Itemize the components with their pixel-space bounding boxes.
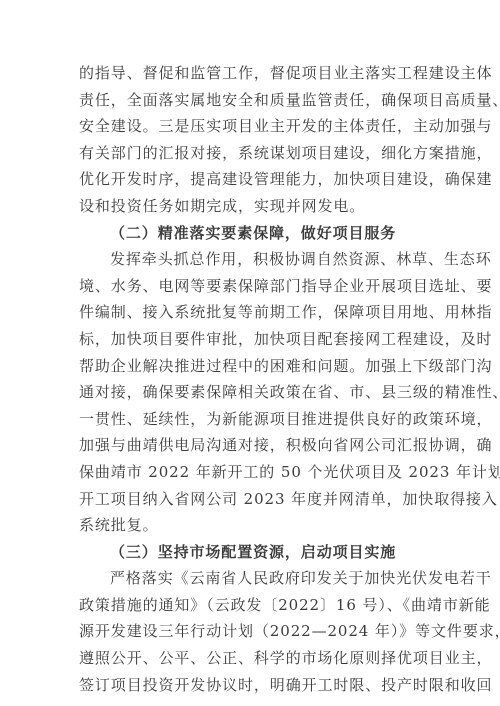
text-line: 优化开发时序，提高建设管理能力，加快项目建设，确保建 <box>79 166 424 193</box>
paragraph-market-allocation: 严格落实《云南省人民政府印发关于加快光伏发电若干 政策措施的通知》（云政发〔20… <box>79 565 424 698</box>
text-line: 安全建设。三是压实项目业主开发的主体责任，主动加强与 <box>79 113 424 140</box>
text-line: 严格落实《云南省人民政府印发关于加快光伏发电若干 <box>79 565 424 592</box>
section-heading-2: （二）精准落实要素保障，做好项目服务 <box>79 220 424 247</box>
text-line: 遵照公开、公平、公正、科学的市场化原则择优项目业主， <box>79 645 424 672</box>
text-line: 签订项目投资开发协议时，明确开工时限、投产时限和收回 <box>79 672 424 699</box>
document-page: 的指导、督促和监管工作，督促项目业主落实工程建设主体 责任，全面落实属地安全和质… <box>79 60 424 698</box>
text-line: 境、水务、电网等要素保障部门指导企业开展项目选址、要 <box>79 273 424 300</box>
text-line: 加强与曲靖供电局沟通对接，积极向省网公司汇报协调，确 <box>79 432 424 459</box>
text-line: 政策措施的通知》（云政发〔2022〕16 号）、《曲靖市新能 <box>79 592 424 619</box>
text-line: 件编制、接入系统批复等前期工作，保障项目用地、用林指 <box>79 299 424 326</box>
text-line: 一贯性、延续性，为新能源项目推进提供良好的政策环境， <box>79 406 424 433</box>
text-line: 开工项目纳入省网公司 2023 年度并网清单，加快取得接入 <box>79 486 424 513</box>
text-line: 设和投资任务如期完成，实现并网发电。 <box>79 193 424 220</box>
text-line: 源开发建设三年行动计划（2022—2024 年）》等文件要求， <box>79 618 424 645</box>
paragraph-factor-guarantee: 发挥牵头抓总作用，积极协调自然资源、林草、生态环 境、水务、电网等要素保障部门指… <box>79 246 424 539</box>
text-line: 责任，全面落实属地安全和质量监管责任，确保项目高质量、 <box>79 87 424 114</box>
text-line: 保曲靖市 2022 年新开工的 50 个光伏项目及 2023 年计划新 <box>79 459 424 486</box>
text-line: 系统批复。 <box>79 512 424 539</box>
text-line: 标，加快项目要件审批，加快项目配套接网工程建设，及时 <box>79 326 424 353</box>
text-line: 帮助企业解决推进过程中的困难和问题。加强上下级部门沟 <box>79 353 424 380</box>
text-line: 有关部门的汇报对接，系统谋划项目建设，细化方案措施， <box>79 140 424 167</box>
text-line: 发挥牵头抓总作用，积极协调自然资源、林草、生态环 <box>79 246 424 273</box>
section-heading-3: （三）坚持市场配置资源，启动项目实施 <box>79 539 424 566</box>
text-line: 通对接，确保要素保障相关政策在省、市、县三级的精准性、 <box>79 379 424 406</box>
text-line: 的指导、督促和监管工作，督促项目业主落实工程建设主体 <box>79 60 424 87</box>
paragraph-responsibility: 的指导、督促和监管工作，督促项目业主落实工程建设主体 责任，全面落实属地安全和质… <box>79 60 424 220</box>
